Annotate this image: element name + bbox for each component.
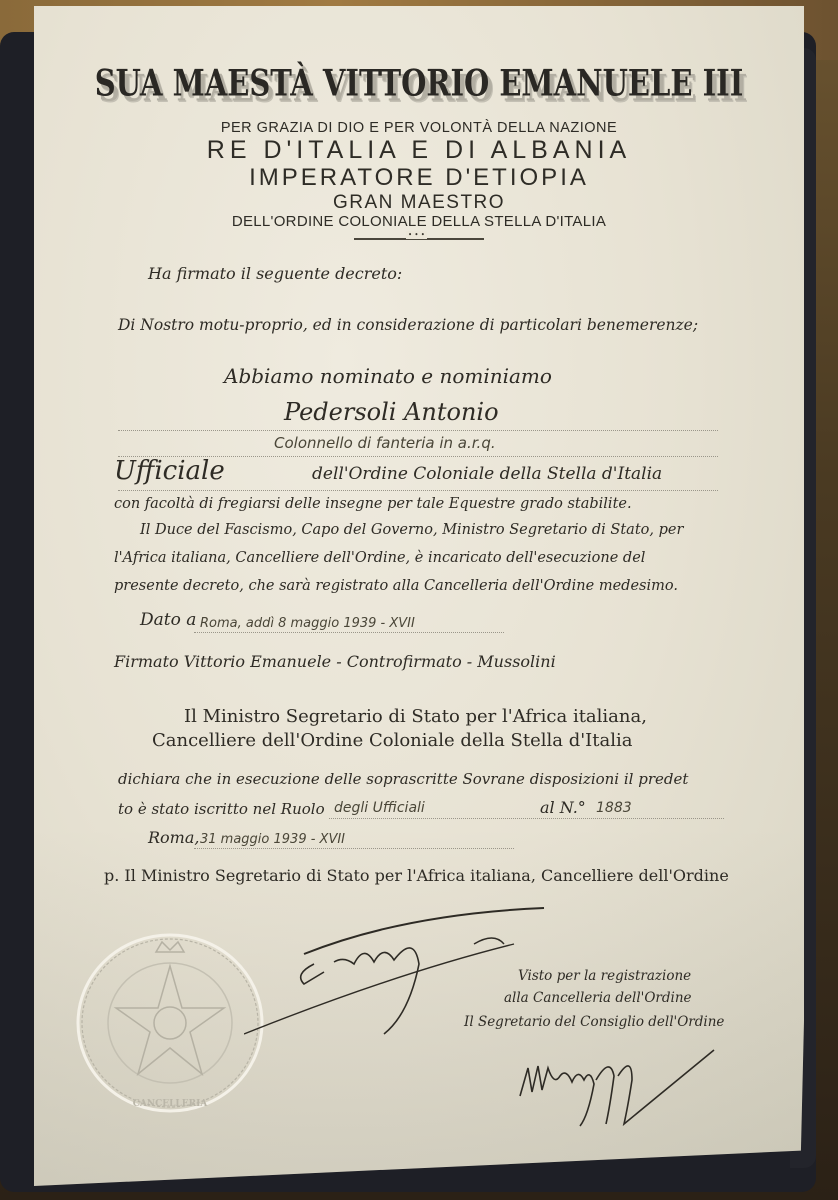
number-label: al N.° xyxy=(540,798,586,817)
header-grace-line: PER GRAZIA DI DIO E PER VOLONTÀ DELLA NA… xyxy=(34,120,804,136)
decree-duce-line-2: l'Africa italiana, Cancelliere dell'Ordi… xyxy=(114,550,645,566)
decree-faculty: con facoltà di fregiarsi delle insegne p… xyxy=(114,496,632,512)
roll-name: degli Ufficiali xyxy=(334,800,425,816)
decree-intro: Ha firmato il seguente decreto: xyxy=(148,264,402,283)
minister-line-2: Cancelliere dell'Ordine Coloniale della … xyxy=(152,730,633,751)
secretary-signature-icon xyxy=(514,1046,734,1136)
name-rule xyxy=(118,430,718,431)
decree-duce-line-3: presente decreto, che sarà registrato al… xyxy=(114,578,678,594)
recipient-rank: Colonnello di fanteria in a.r.q. xyxy=(274,434,496,452)
visa-line-2: alla Cancelleria dell'Ordine xyxy=(504,990,692,1006)
seal-text: CANCELLERIA xyxy=(133,1099,209,1109)
recipient-name: Pedersoli Antonio xyxy=(284,398,499,426)
order-grade: Ufficiale xyxy=(114,456,225,486)
rome-date: 31 maggio 1939 - XVII xyxy=(200,832,345,847)
dato-rule xyxy=(194,632,504,633)
declares-line-1: dichiara che in esecuzione delle soprasc… xyxy=(118,770,688,788)
sovereign-title: SUA MAESTÀ VITTORIO EMANUELE III xyxy=(34,62,804,105)
visa-line-1: Visto per la registrazione xyxy=(518,968,691,984)
visa-line-3: Il Segretario del Consiglio dell'Ordine xyxy=(464,1014,724,1030)
header-king-line: RE D'ITALIA E DI ALBANIA xyxy=(34,136,804,165)
embossed-seal-icon: CANCELLERIA xyxy=(72,928,268,1118)
dato-place-date: Roma, addì 8 maggio 1939 - XVII xyxy=(200,616,415,631)
order-name: dell'Ordine Coloniale della Stella d'Ita… xyxy=(312,464,662,484)
decree-duce-line-1: Il Duce del Fascismo, Capo del Governo, … xyxy=(140,522,683,538)
header-emperor-line: IMPERATORE D'ETIOPIA xyxy=(34,164,804,192)
ornamental-divider xyxy=(354,238,484,240)
minister-line-1: Il Ministro Segretario di Stato per l'Af… xyxy=(184,706,647,727)
grade-rule xyxy=(118,490,718,491)
header-grand-master-line: GRAN MAESTRO xyxy=(34,192,804,214)
signed-line: Firmato Vittorio Emanuele - Controfirmat… xyxy=(114,652,556,671)
rome-rule xyxy=(194,848,514,849)
header-order-line: DELL'ORDINE COLONIALE DELLA STELLA D'ITA… xyxy=(34,213,804,230)
dato-label: Dato a xyxy=(140,610,196,630)
declares-line-2: to è stato iscritto nel Ruolo xyxy=(118,800,325,818)
roll-rule xyxy=(329,818,724,819)
registration-number: 1883 xyxy=(596,800,632,816)
decree-motu-proprio: Di Nostro motu-proprio, ed in consideraz… xyxy=(118,316,698,334)
diploma-document: ISTITUTO POLIGRAFICO DELLO STATO SUA MAE… xyxy=(34,6,804,1186)
decree-nomination: Abbiamo nominato e nominiamo xyxy=(224,364,552,388)
rome-label: Roma, xyxy=(148,828,199,847)
minister-signature-icon xyxy=(244,904,564,1054)
pp-minister-line: p. Il Ministro Segretario di Stato per l… xyxy=(104,866,729,885)
